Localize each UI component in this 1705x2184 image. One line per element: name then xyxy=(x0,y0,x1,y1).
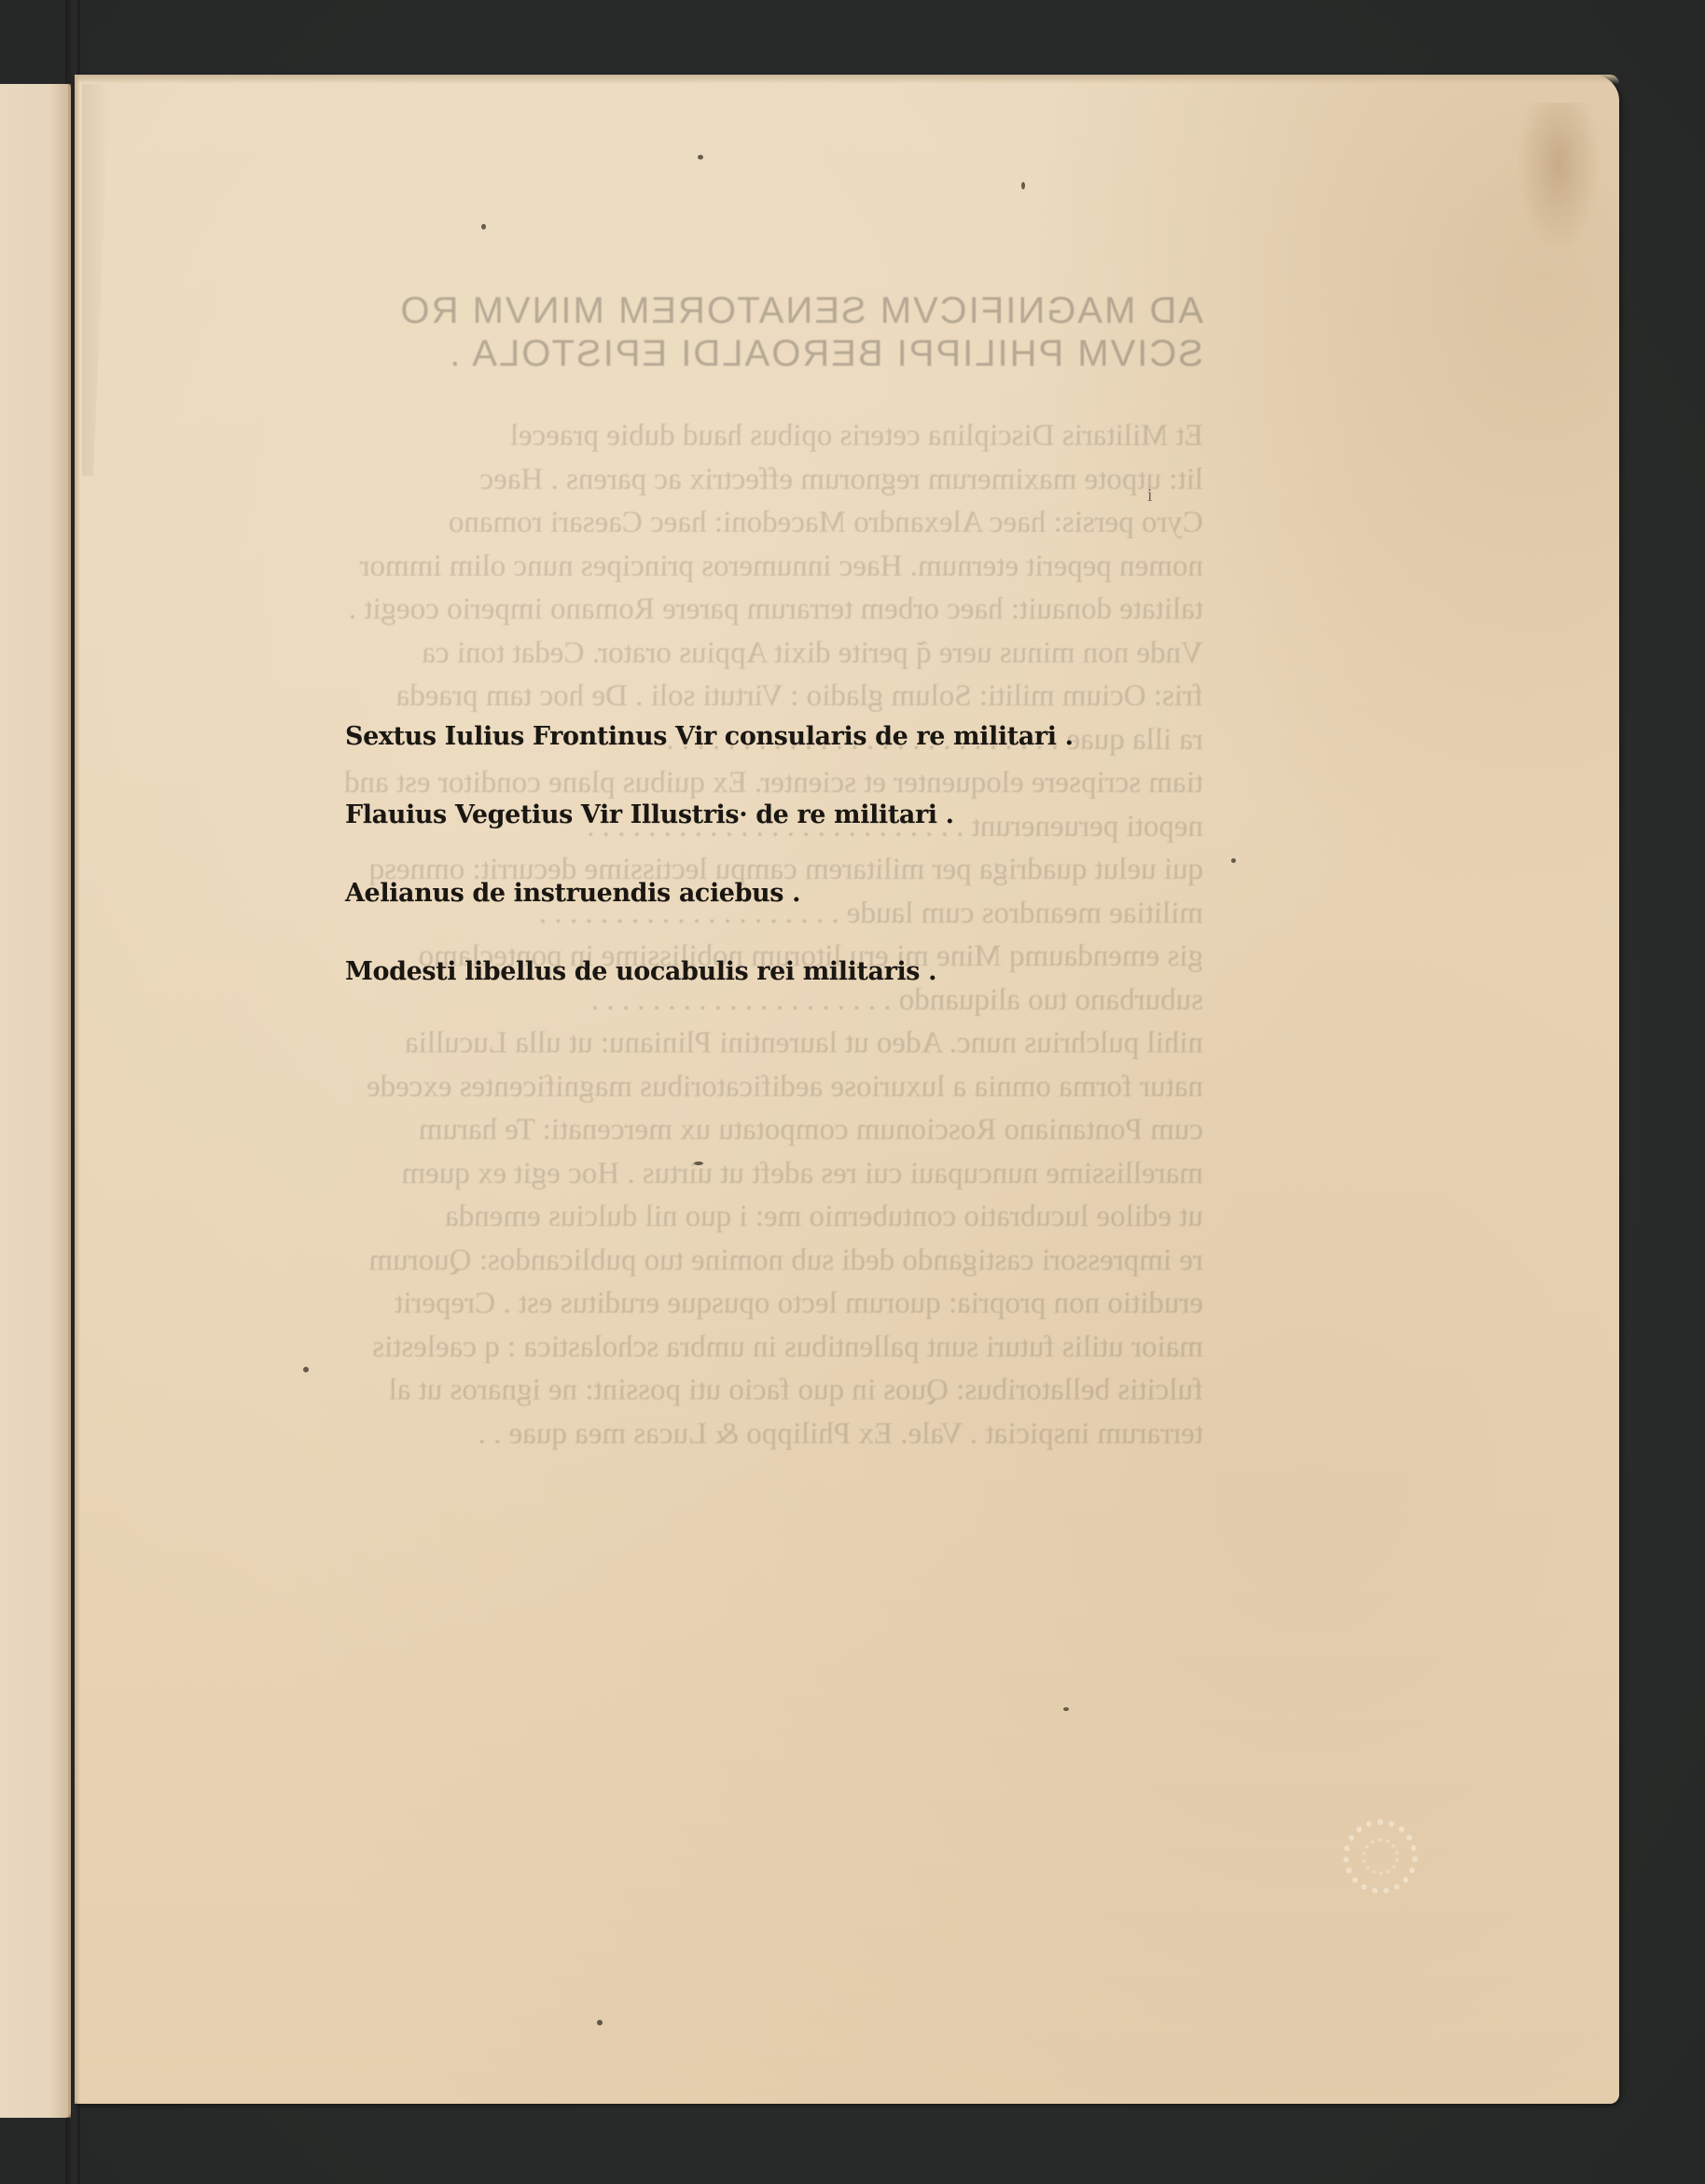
show-through-heading: AD MAGNIFICVM SENATOREM MINVM RO SCIVM P… xyxy=(289,289,1203,375)
show-through-line: ut ediloe lucubratio contubernio me: i q… xyxy=(289,1195,1203,1239)
page-binding-edge xyxy=(75,75,80,2104)
ink-speck xyxy=(303,1367,309,1372)
show-through-line: natur forma omnia a luxuriose aedificato… xyxy=(289,1065,1203,1109)
show-through-line: marellissime nuncupaui cui res adeft ut … xyxy=(289,1152,1203,1196)
show-through-line: lit: utpote maximerum regnorum effectrix… xyxy=(289,458,1203,502)
show-through-line: nomen peperit eternum. Haec innumeros pr… xyxy=(289,545,1203,589)
table-of-contents: Sextus Iulius Frontinus Vir consularis d… xyxy=(345,718,1074,1032)
corner-stain xyxy=(1517,103,1601,252)
show-through-line: eruditio non propria: quorum lecto opusq… xyxy=(289,1282,1203,1326)
show-through-line: Et Militaris Disciplina ceteris opibus h… xyxy=(289,414,1203,458)
show-through-line: re impressori castigando dedi sub nomine… xyxy=(289,1239,1203,1283)
show-through-line: terrarum inspiciat . Vale. Ex Philippo &… xyxy=(289,1412,1203,1456)
show-through-line: talitate donauit: haec orbem terrarum pa… xyxy=(289,588,1203,632)
show-through-line: Vnde non minus uere q̃ perite dixit Appi… xyxy=(289,632,1203,675)
ink-speck xyxy=(694,1162,703,1165)
ink-speck xyxy=(1021,182,1025,189)
ink-speck xyxy=(597,2020,603,2025)
signature-mark: i xyxy=(1147,485,1153,507)
show-through-line: Cyro persis: haec Alexandro Macedoni: ha… xyxy=(289,501,1203,545)
ink-speck xyxy=(1063,1707,1069,1711)
show-through-line: fris: Ocium militi: Solum gladio : Virtu… xyxy=(289,675,1203,718)
contents-entry-vegetius: Flauius Vegetius Vir Illustris· de re mi… xyxy=(345,797,1074,875)
ink-speck xyxy=(1231,858,1236,863)
show-through-heading-line: AD MAGNIFICVM SENATOREM MINVM RO xyxy=(289,289,1203,332)
contents-entry-frontinus: Sextus Iulius Frontinus Vir consularis d… xyxy=(345,718,1074,797)
show-through-line: maior utilis futuri sunt pallentibus in … xyxy=(289,1326,1203,1370)
ink-speck xyxy=(481,224,486,230)
contents-entry-aelianus: Aelianus de instruendis aciebus . xyxy=(345,875,1074,953)
right-page: AD MAGNIFICVM SENATOREM MINVM RO SCIVM P… xyxy=(75,75,1619,2104)
paper-crease xyxy=(82,84,110,476)
ink-speck xyxy=(698,155,703,160)
contents-entry-modestus: Modesti libellus de uocabulis rei milita… xyxy=(345,953,1074,1032)
page-top-edge xyxy=(75,75,1619,84)
library-stamp xyxy=(1343,1819,1418,1894)
show-through-line: cum Pontaniano Roscionum compotatu ux me… xyxy=(289,1108,1203,1152)
show-through-heading-line: SCIVM PHILIPPI BEROALDI EPISTOLA . xyxy=(289,332,1203,375)
left-page-edge xyxy=(0,84,71,2118)
show-through-line: fulcitis bellatoribus: Quos in quo facio… xyxy=(289,1369,1203,1412)
